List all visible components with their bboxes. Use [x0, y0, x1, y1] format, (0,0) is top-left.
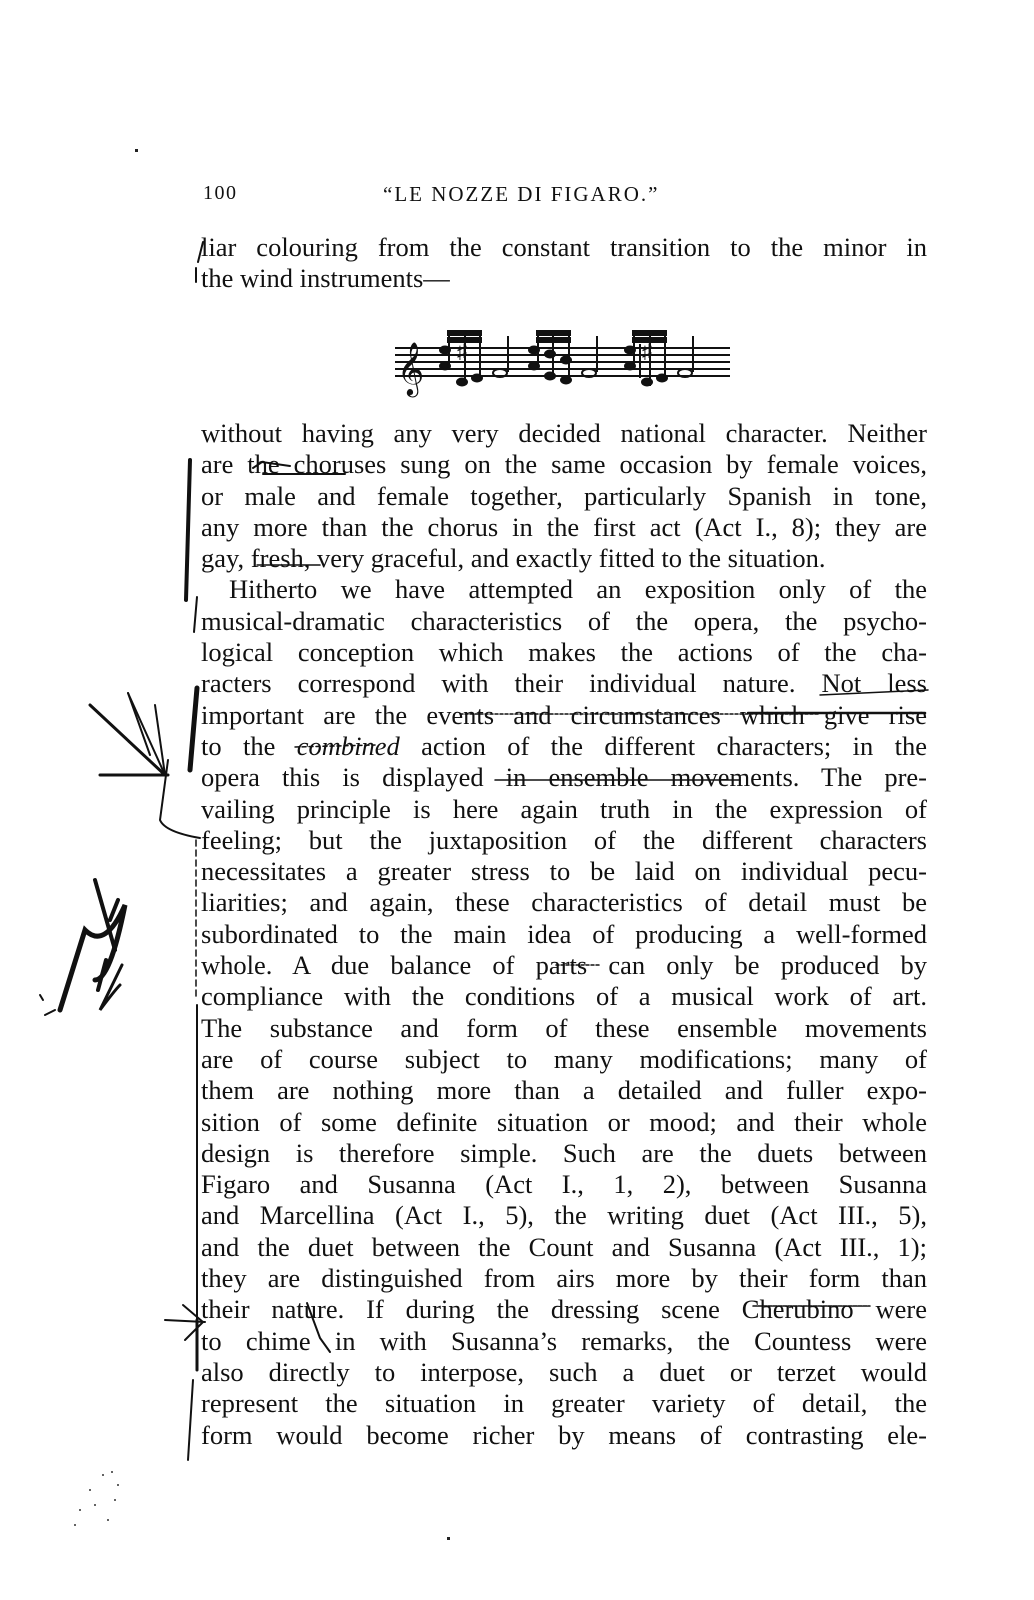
text-line: them are nothing more than a detailed an…: [201, 1075, 927, 1106]
text-line: to chime in with Susanna’s remarks, the …: [201, 1326, 927, 1357]
svg-text:♯: ♯: [457, 341, 467, 363]
text-line: Hitherto we have attempted an exposition…: [201, 574, 927, 605]
text-line: compliance with the conditions of a musi…: [201, 981, 927, 1012]
text-line: vailing principle is here again truth in…: [201, 794, 927, 825]
page-number: 100: [203, 182, 238, 205]
text-line: their nature. If during the dressing sce…: [201, 1294, 927, 1325]
text-line: without having any very decided national…: [201, 418, 927, 449]
italic-word: combined: [297, 731, 400, 761]
musical-score-icon: 𝄞 ♯ ♯: [395, 318, 730, 403]
svg-text:𝄞: 𝄞: [397, 341, 424, 397]
text-line: are the choruses sung on the same occasi…: [201, 449, 927, 480]
text-line: liarities; and again, these characterist…: [201, 887, 927, 918]
text-line: Figaro and Susanna (Act I., 1, 2), betwe…: [201, 1169, 927, 1200]
svg-text:♯: ♯: [642, 341, 652, 363]
text-line: liar colouring from the constant transit…: [201, 232, 927, 263]
text-line: feeling; but the juxtaposition of the di…: [201, 825, 927, 856]
text-line: or male and female together, particularl…: [201, 481, 927, 512]
text-line: are of course subject to many modificati…: [201, 1044, 927, 1075]
text-line: the wind instruments—: [201, 263, 927, 294]
paragraph-1: liar colouring from the constant transit…: [201, 232, 927, 295]
text-line: also directly to interpose, such a duet …: [201, 1357, 927, 1388]
text-line: opera this is displayed in ensemble move…: [201, 762, 927, 793]
text-line: form would become richer by means of con…: [201, 1420, 927, 1451]
text-line: gay, fresh, very graceful, and exactly f…: [201, 543, 927, 574]
book-page: 100 “LE NOZZE DI FIGARO.” liar colouring…: [0, 0, 1034, 1600]
text-line: and the duet between the Count and Susan…: [201, 1232, 927, 1263]
text-line: racters correspond with their individual…: [201, 668, 927, 699]
text-line: design is therefore simple. Such are the…: [201, 1138, 927, 1169]
text-line: necessitates a greater stress to be laid…: [201, 856, 927, 887]
text-line: and Marcellina (Act I., 5), the writing …: [201, 1200, 927, 1231]
speck: [135, 149, 138, 152]
text-line: musical-dramatic characteristics of the …: [201, 606, 927, 637]
speck: [447, 1537, 450, 1540]
text-line: sition of some definite situation or moo…: [201, 1107, 927, 1138]
text-line: any more than the chorus in the first ac…: [201, 512, 927, 543]
text-line: whole. A due balance of parts can only b…: [201, 950, 927, 981]
running-title: “LE NOZZE DI FIGARO.”: [383, 182, 659, 207]
text-line: logical conception which makes the actio…: [201, 637, 927, 668]
page-header: 100 “LE NOZZE DI FIGARO.”: [203, 182, 943, 212]
text-line: important are the events and circumstanc…: [201, 700, 927, 731]
text-line: they are distinguished from airs more by…: [201, 1263, 927, 1294]
text-line: represent the situation in greater varie…: [201, 1388, 927, 1419]
text-line: to the combined action of the different …: [201, 731, 927, 762]
paragraph-2: without having any very decided national…: [201, 418, 927, 1451]
text-line: The substance and form of these ensemble…: [201, 1013, 927, 1044]
text-line: subordinated to the main idea of produci…: [201, 919, 927, 950]
